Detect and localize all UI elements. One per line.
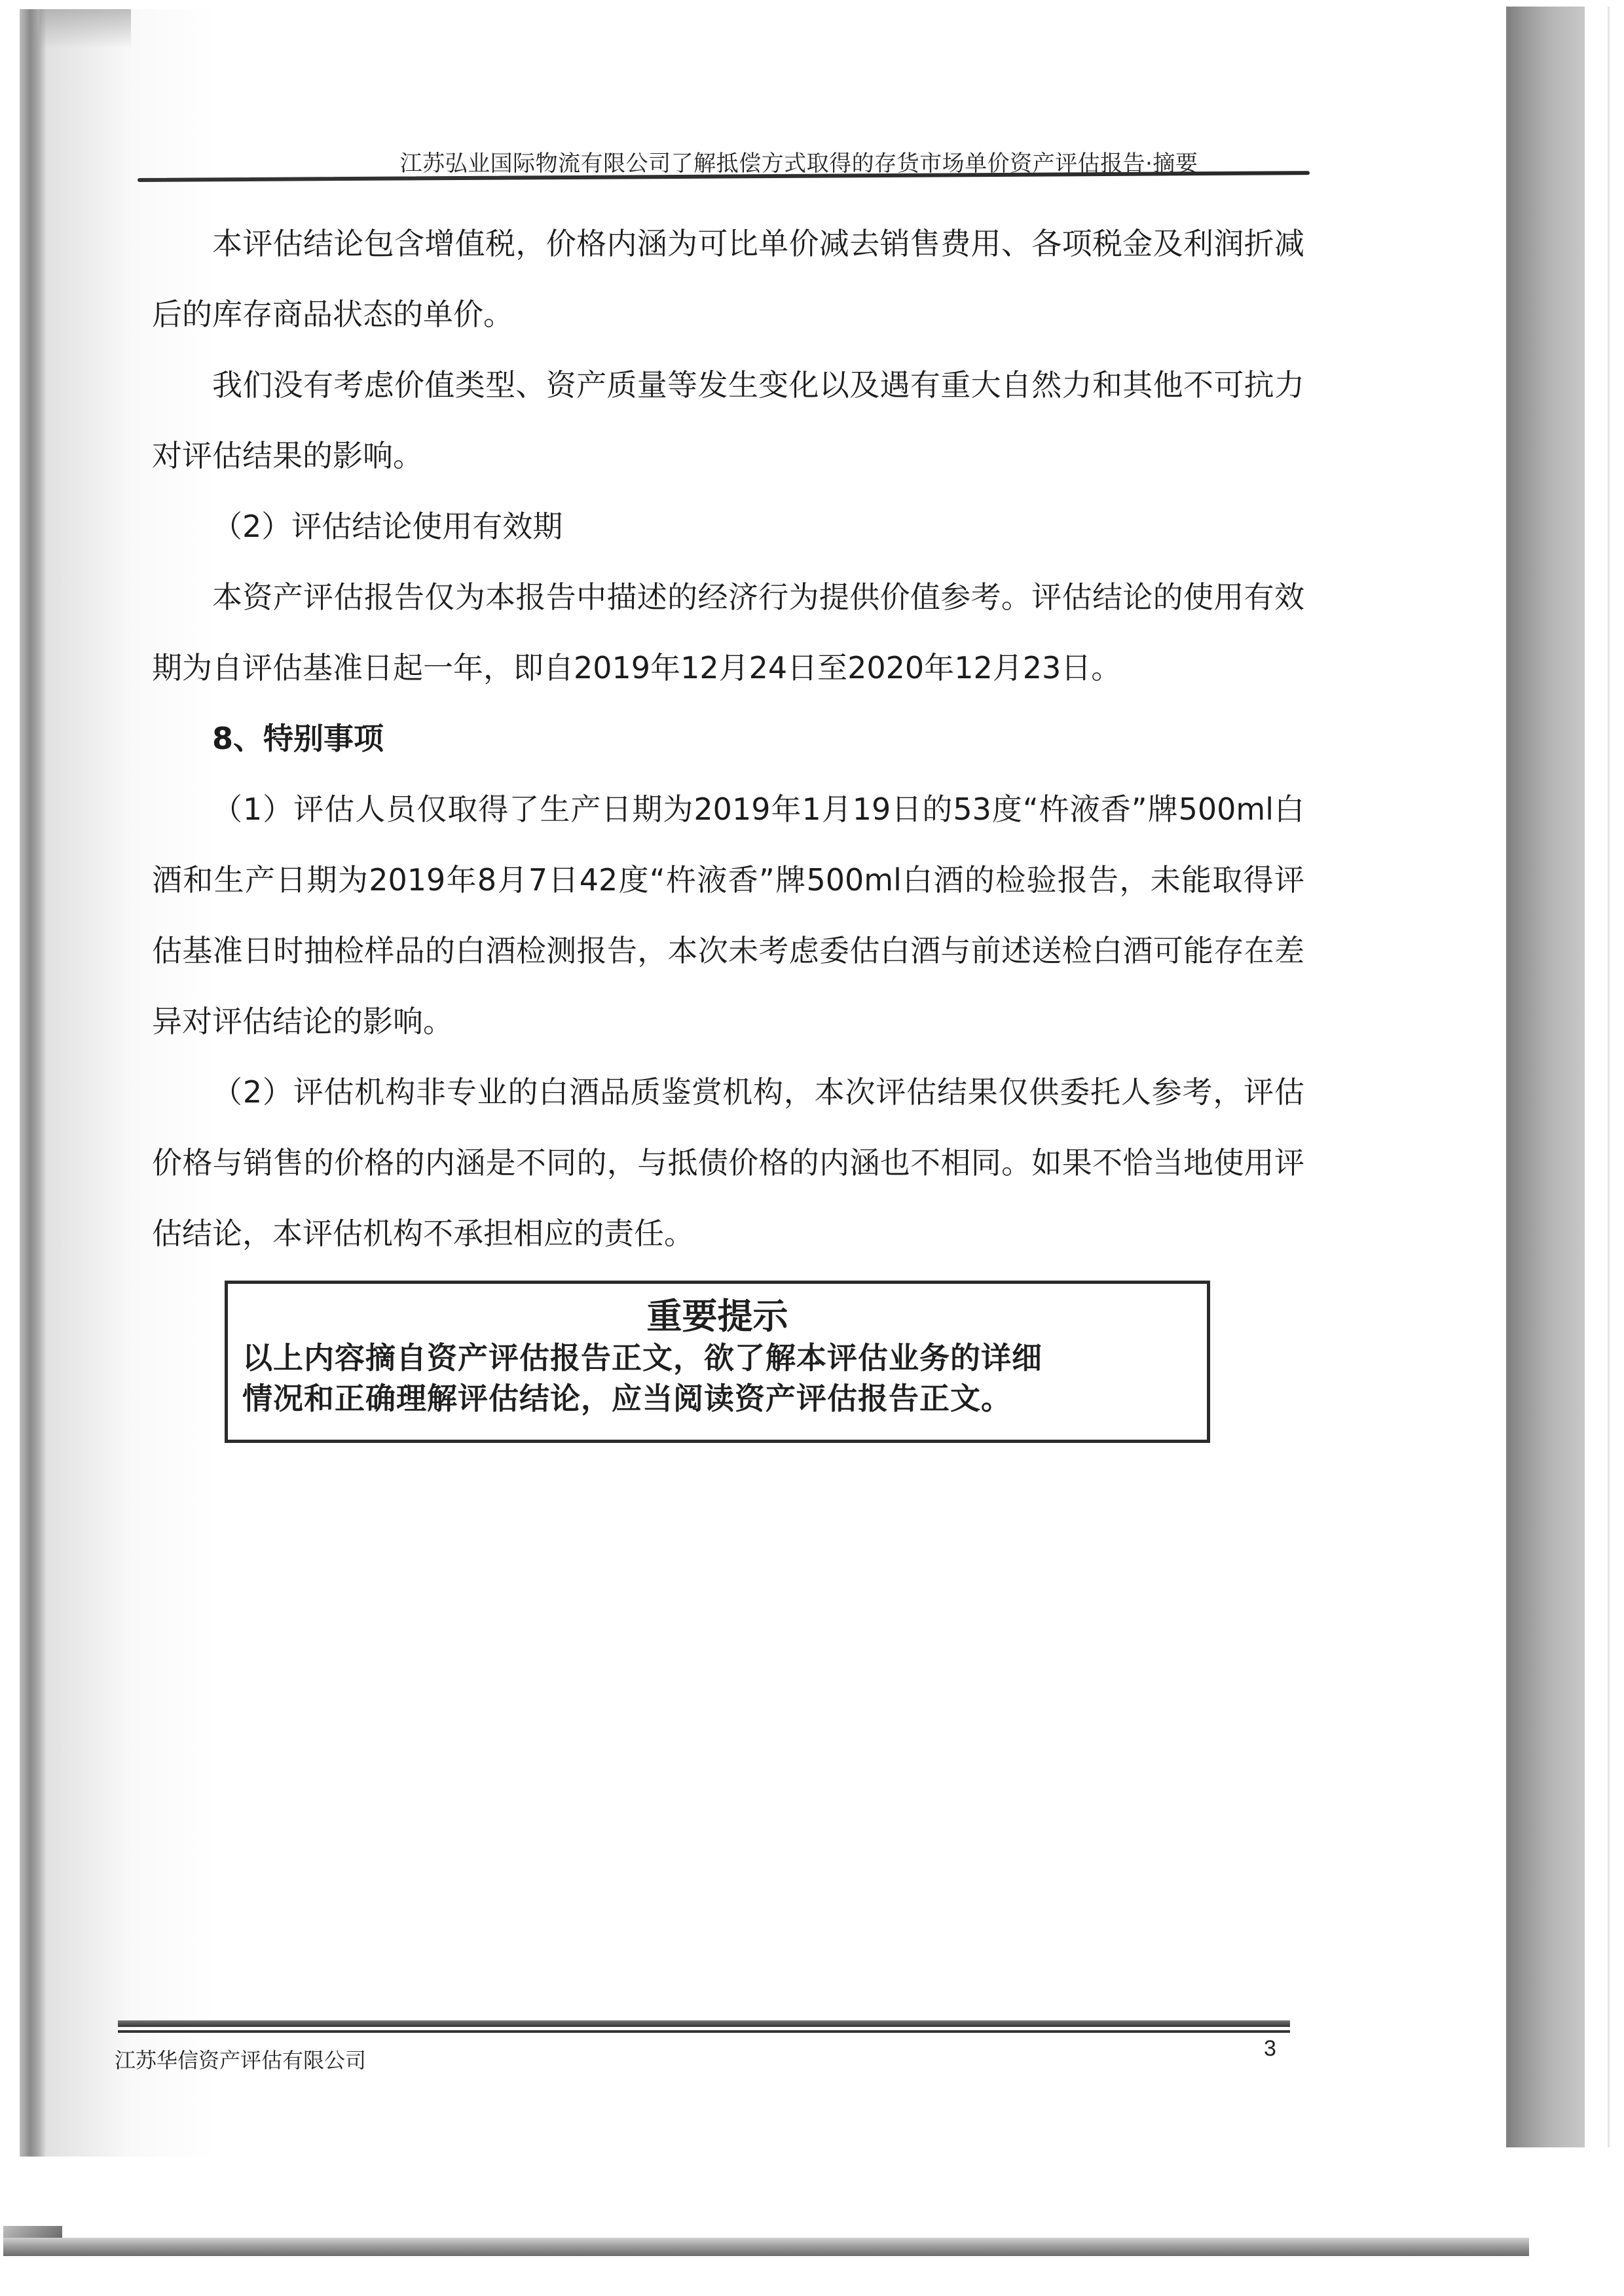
footer-rule-thick	[118, 2020, 1290, 2027]
notice-title: 重要提示	[242, 1296, 1192, 1338]
important-notice-box: 重要提示 以上内容摘自资产评估报告正文，欲了解本评估业务的详细 情况和正确理解评…	[225, 1281, 1210, 1443]
scan-shadow-left	[20, 9, 46, 2157]
subheading-validity-period: （2）评估结论使用有效期	[152, 491, 1304, 562]
section-heading-special-matters: 8、特别事项	[152, 703, 1304, 774]
page-number: 3	[1264, 2036, 1276, 2062]
paragraph-unconsidered-factors: 我们没有考虑价值类型、资产质量等发生变化以及遇有重大自然力和其他不可抗力对评估结…	[152, 350, 1304, 491]
scan-binding-edge-right	[1506, 7, 1585, 2147]
footer-company-name: 江苏华信资产评估有限公司	[115, 2044, 366, 2074]
paragraph-validity-period: 本资产评估报告仅为本报告中描述的经济行为提供价值参考。评估结论的使用有效期为自评…	[152, 562, 1304, 703]
paragraph-special-matter-2: （2）评估机构非专业的白酒品质鉴赏机构，本次评估结果仅供委托人参考，评估价格与销…	[152, 1057, 1304, 1269]
scan-shadow-bottom	[3, 2238, 1529, 2256]
paragraph-valuation-conclusion-vat: 本评估结论包含增值税，价格内涵为可比单价减去销售费用、各项税金及利润折减后的库存…	[152, 208, 1304, 350]
notice-line-2: 情况和正确理解评估结论，应当阅读资产评估报告正文。	[242, 1378, 1192, 1419]
notice-line-1: 以上内容摘自资产评估报告正文，欲了解本评估业务的详细	[242, 1338, 1192, 1378]
document-body: 本评估结论包含增值税，价格内涵为可比单价减去销售费用、各项税金及利润折减后的库存…	[152, 208, 1304, 1269]
footer-rule-thin	[118, 2030, 1290, 2033]
scan-edge-line-right	[1608, 7, 1610, 2147]
scan-shadow-top-left	[39, 9, 131, 48]
paragraph-special-matter-1: （1）评估人员仅取得了生产日期为2019年1月19日的53度“杵液香”牌500m…	[152, 774, 1304, 1057]
